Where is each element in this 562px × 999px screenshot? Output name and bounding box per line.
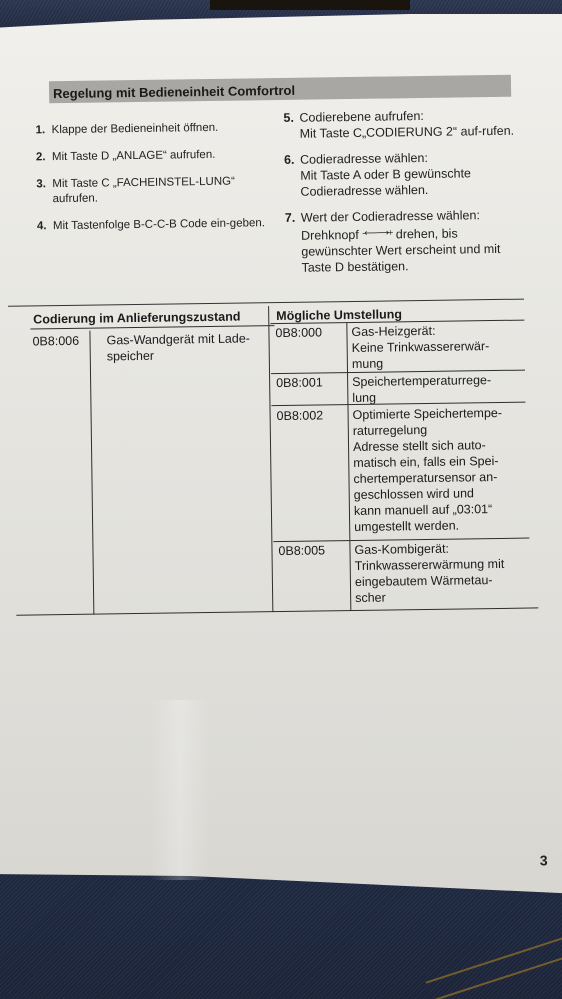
steps-right-column: 5. Codierebene aufrufen: Mit Taste C„COD… <box>283 107 525 286</box>
step-number: 7. <box>285 210 302 276</box>
step-text: Wert der Codieradresse wählen: Drehknopf… <box>301 207 526 276</box>
option-description: Optimierte Speichertempe- raturregelung … <box>353 405 504 535</box>
option-line: kann manuell auf „03:01“ <box>354 501 504 519</box>
step-line: Wert der Codieradresse wählen: <box>301 208 480 224</box>
step-text: Mit Tastenfolge B-C-C-B Code ein-geben. <box>53 216 265 234</box>
option-line: Gas-Heizgerät: <box>351 322 489 340</box>
step-line: Mit Taste A oder B gewünschte Codieradre… <box>300 166 471 198</box>
step-number: 6. <box>284 152 301 200</box>
document-page: Regelung mit Bedieneinheit Comfortrol 1.… <box>0 0 562 999</box>
step-number: 1. <box>36 123 52 138</box>
step-number: 4. <box>37 219 53 234</box>
step-item: 6. Codieradresse wählen: Mit Taste A ode… <box>284 149 525 200</box>
column-divider <box>268 306 273 612</box>
steps-left-column: 1. Klappe der Bedieneinheit öffnen. 2. M… <box>36 120 273 246</box>
option-line: Keine Trinkwassererwär- <box>352 338 490 356</box>
option-description: Gas-Kombigerät: Trinkwassererwärmung mit… <box>354 540 504 606</box>
step-item: 5. Codierebene aufrufen: Mit Taste C„COD… <box>283 107 523 142</box>
rotary-knob-icon: -⟵⟶+ <box>362 224 392 240</box>
option-code: 0B8:000 <box>275 324 322 341</box>
step-text: Klappe der Bedieneinheit öffnen. <box>52 121 219 138</box>
option-code: 0B8:005 <box>278 542 325 559</box>
step-text: Codieradresse wählen: Mit Taste A oder B… <box>300 149 525 200</box>
header-delivery-state: Codierung im Anlieferungszustand <box>33 310 240 327</box>
photo-scene: Regelung mit Bedieneinheit Comfortrol 1.… <box>0 0 562 999</box>
step-item: 3. Mit Taste C „FACHEINSTEL-LUNG“ aufruf… <box>36 174 271 207</box>
option-line: scher <box>355 588 505 606</box>
option-line: eingebautem Wärmetau- <box>355 572 505 590</box>
delivery-description: Gas-Wandgerät mit Lade-speicher <box>106 330 266 364</box>
option-line: Speichertemperaturrege- <box>352 372 491 390</box>
column-divider <box>346 323 351 611</box>
step-number: 3. <box>36 177 52 207</box>
option-code: 0B8:001 <box>276 374 323 391</box>
step-text: Codierebene aufrufen: Mit Taste C„CODIER… <box>299 107 514 142</box>
step-number: 5. <box>283 110 299 142</box>
step-line: Codierebene aufrufen: <box>299 109 424 125</box>
column-divider <box>89 331 94 615</box>
table-top-rule <box>8 299 524 307</box>
step-item: 1. Klappe der Bedieneinheit öffnen. <box>36 120 271 138</box>
step-number: 2. <box>36 150 52 165</box>
paper-fold-highlight <box>150 700 210 880</box>
step-item: 2. Mit Taste D „ANLAGE“ aufrufen. <box>36 147 271 165</box>
delivery-code: 0B8:006 <box>32 333 79 350</box>
step-item: 7. Wert der Codieradresse wählen: Drehkn… <box>285 207 526 276</box>
option-line: umgestellt werden. <box>354 517 504 535</box>
option-line: Optimierte Speichertempe- <box>353 405 503 423</box>
table-bottom-rule <box>16 607 538 615</box>
step-text: Mit Taste C „FACHEINSTEL-LUNG“ aufrufen. <box>52 174 271 207</box>
page-number: 3 <box>540 852 548 868</box>
step-item: 4. Mit Tastenfolge B-C-C-B Code ein-gebe… <box>37 216 272 234</box>
option-description: Speichertemperaturrege- lung <box>352 372 491 406</box>
step-line: Codieradresse wählen: <box>300 151 428 167</box>
step-text: Mit Taste D „ANLAGE“ aufrufen. <box>52 148 216 165</box>
option-line: mung <box>352 354 490 372</box>
step-line: Drehknopf <box>301 228 359 243</box>
option-description: Gas-Heizgerät: Keine Trinkwassererwär- m… <box>351 322 489 372</box>
step-line: Mit Taste C„CODIERUNG 2“ auf-rufen. <box>300 124 515 141</box>
option-code: 0B8:002 <box>277 407 324 424</box>
option-line: chertemperatursensor an- <box>353 469 503 487</box>
